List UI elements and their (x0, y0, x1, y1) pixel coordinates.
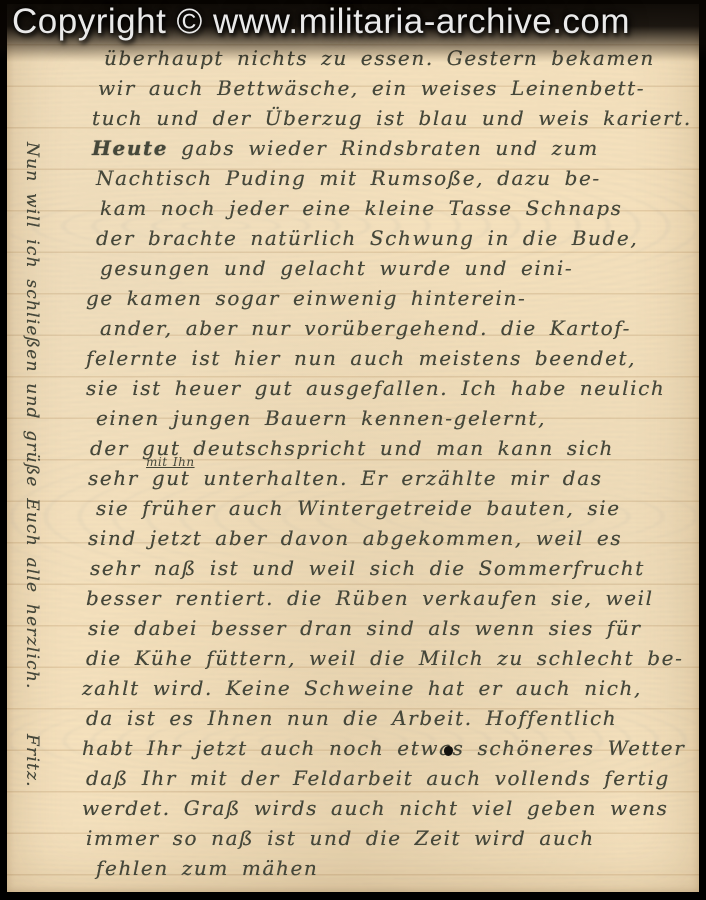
letter-line: einen jungen Bauern kennen-gelernt, (96, 406, 692, 436)
letter-line: sie ist heuer gut ausgefallen. Ich habe … (86, 376, 692, 406)
letter-line: daß Ihr mit der Feldarbeit auch vollends… (86, 766, 692, 796)
signature: Fritz. (22, 734, 42, 788)
letter-body: überhaupt nichts zu essen. Gestern bekam… (86, 46, 692, 886)
margin-note-text: Nun will ich schließen und grüße Euch al… (22, 142, 42, 690)
letter-line: die Kühe füttern, weil die Milch zu schl… (86, 646, 692, 676)
letter-line: besser rentiert. die Rüben verkaufen sie… (86, 586, 692, 616)
letter-line: Heute gabs wieder Rindsbraten und zum (92, 136, 692, 166)
letter-line: da ist es Ihnen nun die Arbeit. Hoffentl… (86, 706, 692, 736)
letter-line: sie früher auch Wintergetreide bauten, s… (96, 496, 692, 526)
insertion-note: mit Ihn (146, 455, 195, 469)
letter-line: ander, aber nur vorübergehend. die Karto… (100, 316, 692, 346)
letter-line: werdet. Graß wirds auch nicht viel geben… (82, 796, 692, 826)
letter-line: felernte ist hier nun auch meistens been… (86, 346, 692, 376)
letter-line: Nachtisch Puding mit Rumsoße, dazu be- (96, 166, 692, 196)
letter-line: immer so naß ist und die Zeit wird auch (86, 826, 692, 856)
scanned-letter-page: Nun will ich schließen und grüße Euch al… (0, 0, 706, 900)
margin-note: Nun will ich schließen und grüße Euch al… (12, 142, 42, 854)
letter-line: der brachte natürlich Schwung in die Bud… (96, 226, 692, 256)
letter-line: sehr naß ist und weil sich die Sommerfru… (90, 556, 692, 586)
letter-line: habt Ihr jetzt auch noch etwas schöneres… (82, 736, 692, 766)
letter-line: gesungen und gelacht wurde und eini- (100, 256, 692, 286)
letter-line: tuch und der Überzug ist blau und weis k… (92, 106, 692, 136)
letter-line: kam noch jeder eine kleine Tasse Schnaps (100, 196, 692, 226)
letter-line: zahlt wird. Keine Schweine hat er auch n… (82, 676, 692, 706)
letter-line: sehr gut unterhalten. Er erzählte mir da… (88, 466, 692, 496)
letter-line: fehlen zum mähen (96, 856, 692, 886)
overwritten-word: Heute (92, 136, 168, 160)
letter-line: sind jetzt aber davon abgekommen, weil e… (88, 526, 692, 556)
letter-line: wir auch Bettwäsche, ein weises Leinenbe… (98, 76, 692, 106)
watermark-text: Copyright © www.militaria-archive.com (12, 2, 702, 42)
ink-blot-icon (444, 746, 453, 756)
letter-line: sie dabei besser dran sind als wenn sies… (88, 616, 692, 646)
letter-line: ge kamen sogar einwenig hinterein- (86, 286, 692, 316)
